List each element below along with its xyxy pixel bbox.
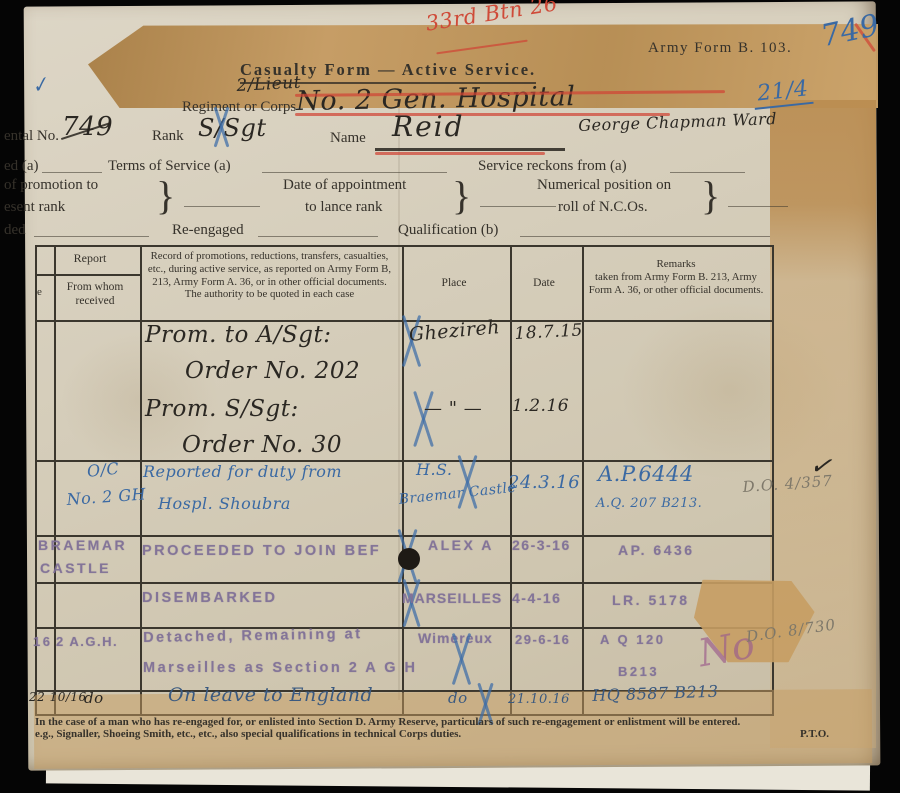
brace: } [701, 172, 720, 219]
cell-date: 21.10.16 [508, 692, 570, 707]
footer-pto: P.T.O. [800, 728, 829, 740]
promotion-label-line1: of promotion to [4, 177, 98, 194]
blank-line [258, 236, 378, 237]
cell-date-stamp: 4-4-16 [512, 590, 561, 606]
footer-note-1: In the case of a man who has re-engaged … [35, 716, 740, 728]
cell-date: 24.3.16 [508, 472, 580, 493]
check-mark: ✓ [808, 450, 834, 483]
cell-record-stamp: Marseilles as Section 2 A G H [143, 660, 418, 676]
footer-note-2: e.g., Signaller, Shoeing Smith, etc., et… [35, 728, 461, 740]
table-line [582, 247, 584, 714]
cell-record: Order No. 30 [182, 432, 342, 458]
blank-line [480, 206, 556, 207]
cell-from-whom-ditto: do [84, 689, 104, 707]
cell-remarks-stamp: LR. 5178 [612, 592, 690, 608]
reengaged-label: Re-engaged [172, 222, 244, 239]
table-line [37, 274, 140, 276]
table-header-record: Record of promotions, reductions, transf… [146, 250, 393, 301]
cell-place-stamp: MARSEILLES [402, 590, 502, 606]
cell-place-ditto: — " — [424, 398, 482, 419]
rank-label: Rank [152, 128, 184, 145]
cell-place-ditto: do [448, 689, 468, 707]
blank-line [34, 236, 149, 237]
cell-from-whom: O/C [86, 459, 120, 481]
cell-report-date: 22 10/16 [29, 690, 87, 704]
cell-remarks-stamp: B213 [618, 664, 659, 679]
table-header-date: Date [510, 277, 578, 289]
regimental-no-label: ental No. [4, 128, 59, 145]
cell-record: Prom. to A/Sgt: [145, 322, 331, 348]
numerical-label-line2: roll of N.C.Os. [558, 199, 648, 216]
cell-date: 1.2.16 [512, 396, 569, 416]
cell-place-stamp: ALEX A [428, 537, 494, 553]
document-title: Casualty Form — Active Service. [240, 60, 536, 84]
enlisted-label: ed (a) [4, 158, 39, 175]
cell-record: Reported for duty from [143, 462, 342, 481]
qualification-label: Qualification (b) [398, 222, 498, 239]
cell-remarks-stamp: A Q 120 [600, 632, 665, 647]
table-header-report: Report [45, 251, 135, 266]
cell-place: H.S. [416, 460, 453, 479]
brace: } [156, 172, 175, 219]
cell-remarks-stamp: AP. 6436 [618, 542, 695, 558]
cell-date-stamp: 29-6-16 [515, 632, 570, 647]
x-mark-icon [202, 106, 238, 148]
blank-line [184, 206, 260, 207]
cell-record: Hospl. Shoubra [158, 494, 291, 513]
cell-remarks: A.P.6444 [598, 462, 694, 486]
table-header-remarks-rest: taken from Army Form B. 213, Army Form A… [588, 271, 764, 297]
name-red-underline [375, 152, 545, 155]
numerical-label-line1: Numerical position on [537, 177, 671, 194]
cell-record: On leave to England [168, 684, 373, 706]
army-form-number: Army Form B. 103. [648, 40, 792, 57]
cell-from-whom-stamp: BRAEMAR [38, 537, 127, 553]
cell-remarks: A.Q. 207 B213. [596, 496, 702, 511]
blank-line [42, 172, 102, 173]
name-label: Name [330, 130, 366, 147]
appointment-label-line2: to lance rank [305, 199, 382, 216]
cell-date-stamp: 26-3-16 [512, 537, 571, 553]
appointment-label-line1: Date of appointment [283, 177, 406, 194]
table-line [140, 247, 142, 714]
scanned-casualty-form: 33rd Btn 26 Army Form B. 103. Casualty F… [0, 0, 900, 793]
cell-from-whom-stamp: 2 A.G.H. [56, 634, 118, 649]
cell-record: Order No. 202 [185, 358, 360, 384]
table-header-left-fragment: e [37, 286, 42, 298]
x-mark-icon [442, 632, 478, 686]
brace: } [452, 172, 471, 219]
extended-label: ded [4, 222, 26, 239]
cell-record-stamp: PROCEEDED TO JOIN BEF [142, 543, 381, 559]
name-underline [375, 148, 565, 151]
promotion-label-line2: esent rank [4, 199, 65, 216]
cell-from-whom-stamp: CASTLE [40, 560, 111, 576]
table-header-place: Place [418, 277, 490, 289]
cell-record: Prom. S/Sgt: [145, 396, 299, 422]
cell-report-date-stamp: 16 [33, 634, 52, 649]
blank-line [728, 206, 788, 207]
table-header-remarks-title: Remarks [592, 258, 760, 270]
table-header-from-whom: From whom received [56, 280, 134, 308]
name-value: Reid [392, 110, 465, 143]
reckons-label: Service reckons from (a) [478, 158, 627, 175]
blank-line [262, 172, 447, 173]
regimental-no-value: 749 [62, 112, 113, 142]
ink-blot [398, 548, 420, 570]
cell-date: 18.7.15 [514, 320, 583, 344]
blank-line [520, 236, 770, 237]
cell-record-stamp: DISEMBARKED [142, 590, 277, 606]
